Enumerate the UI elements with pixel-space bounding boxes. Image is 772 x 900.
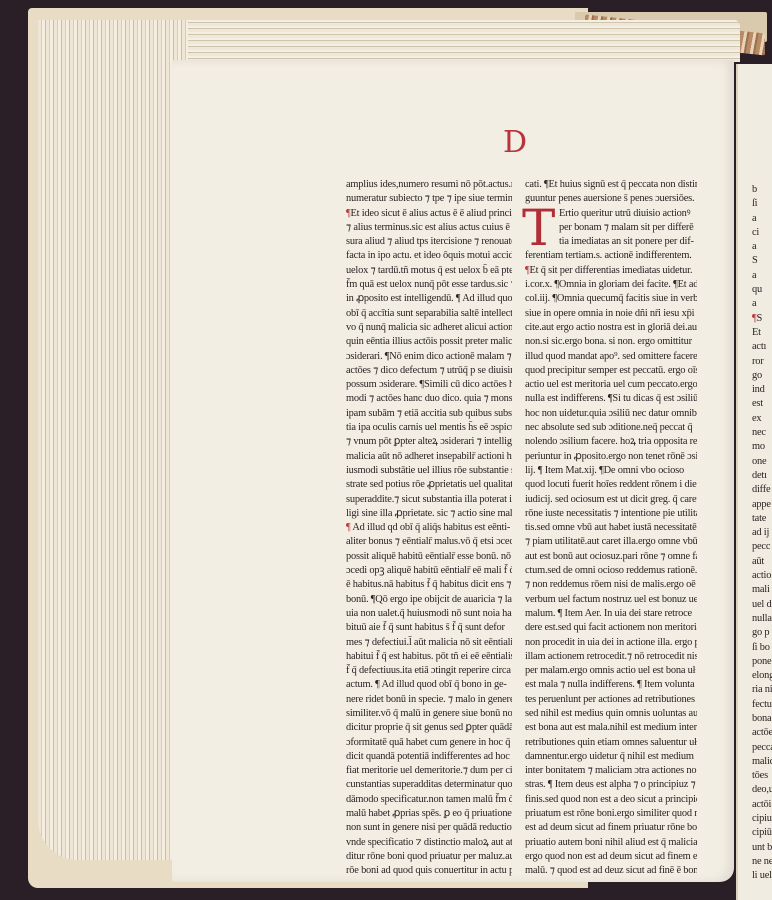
text-line: vo q̄ nunq̄ malicia sic adheret alicui a…	[346, 321, 512, 335]
pilcrow-rubric-icon: ¶	[525, 265, 530, 276]
text-line: tate	[752, 512, 772, 526]
text-line: uia non ualet.q̄ huiusmodi nō sunt noia …	[346, 607, 512, 621]
text-line: ſi bo	[752, 641, 772, 655]
text-line: non procedit in uia dei in actione illa.…	[525, 636, 697, 650]
text-line: siue in opere omnia in noie dñi nr̄i ies…	[525, 307, 697, 321]
pilcrow-rubric-icon: ¶	[752, 313, 757, 324]
text-line: nec	[752, 426, 772, 440]
text-line: est	[752, 397, 772, 411]
pilcrow-rubric-icon: ¶	[346, 208, 351, 219]
text-line: dicit quandā potentiā indifferentes ad h…	[346, 750, 512, 764]
text-line: tes peruenlunt per actiones ad retributi…	[525, 693, 697, 707]
text-line: quod precipitur semper est peccatū. ergo…	[525, 364, 697, 378]
text-line: actum. ¶ Ad illud quod obī q̄ bono in ge…	[346, 678, 512, 692]
text-line: vnde specificatio ⁊ distinctio maloꝝ aut…	[346, 836, 512, 850]
text-line: per bonam ⁊ malam sit per differē	[525, 221, 697, 235]
text-line: go	[752, 369, 772, 383]
text-line: ē habitus.nā habitus f̄ q̄ habitus dicit…	[346, 578, 512, 592]
text-line: mo	[752, 440, 772, 454]
text-line: i.cor.x. ¶Omnia in gloriam dei facite. ¶…	[525, 278, 697, 292]
text-line: ſi	[752, 197, 772, 211]
text-line: guuntur penes auersione s̄ penes ɔuersiō…	[525, 192, 697, 206]
text-line: aut est bonū aut ociosuz.pari rōne ⁊ omn…	[525, 550, 697, 564]
text-line: ferentiam tertiam.s. actionē indifferent…	[525, 249, 697, 263]
text-line: est mala ⁊ nulla indifferens. ¶ Item vol…	[525, 678, 697, 692]
text-line: ror	[752, 355, 772, 369]
text-line: nulla	[752, 612, 772, 626]
text-line: malum. ¶ Item Aer. In uia dei stare retr…	[525, 607, 697, 621]
text-line: modi ⁊ actōes hanc duo dico. quia ⁊ mons…	[346, 392, 512, 406]
text-line: uelox ⁊ tardū.tñ motus q̄ est uelox b̄ e…	[346, 264, 512, 278]
text-line: actōes ⁊ dico defectum ⁊ utrūq̄ p se diu…	[346, 364, 512, 378]
text-line: malicia aūt nō adheret insepabilr̄ actio…	[346, 450, 512, 464]
text-line: ¶ Ad illud qd obī q̄ aliq̄s habitus est …	[346, 521, 512, 535]
text-line: tia imediatas an sit ponere per dif-	[525, 235, 697, 249]
text-line: cipius	[752, 812, 772, 826]
right-text-column: cati. ¶Et huius signū est q̄ peccata non…	[525, 178, 697, 879]
text-line: pone	[752, 655, 772, 669]
text-line: b	[752, 183, 772, 197]
text-line: tōes	[752, 769, 772, 783]
text-line: ria ni	[752, 683, 772, 697]
text-line: ne nec	[752, 855, 772, 869]
text-line: S	[752, 254, 772, 268]
text-line: rōne iuste necessitatis ⁊ intentione pie…	[525, 507, 697, 521]
text-line: one	[752, 455, 772, 469]
text-line: lij. ¶ Item Mat.xij. ¶De omni vbo ocioso	[525, 464, 697, 478]
text-line: malū. ⁊ quod est ad deuz sicut ad finē ē…	[525, 864, 697, 878]
text-line: ɔformitatē quā habet cum genere in hoc q…	[346, 736, 512, 750]
text-line: non.si sic.ergo bona. si non. ergo omitt…	[525, 335, 697, 349]
text-line: ditur rōne boni quod priuatur per maluz.…	[346, 850, 512, 864]
text-line: similiter.vō q̄ malū in genere siue bonū…	[346, 707, 512, 721]
text-line: nolendo ɔsilium facere. hoꝝ tria opposit…	[525, 435, 697, 449]
text-line: actı	[752, 340, 772, 354]
text-line: in ꝓposito est intelligendū. ¶ Ad illud …	[346, 292, 512, 306]
text-line: go p	[752, 626, 772, 640]
text-line: quin eēntia illius actōis possit preter …	[346, 335, 512, 349]
text-line: pecca	[752, 741, 772, 755]
text-line: a	[752, 212, 772, 226]
text-line: damnentur.ergo uidetur q̄ nihil est medi…	[525, 750, 697, 764]
text-line: ind	[752, 383, 772, 397]
text-line: quod locuti fuerit hoīes reddent rōnem i…	[525, 478, 697, 492]
text-line: deo,u	[752, 783, 772, 797]
text-line: aūt	[752, 555, 772, 569]
text-line: superaddite.⁊ sicut substantia illa pote…	[346, 493, 512, 507]
text-line: fectur	[752, 698, 772, 712]
text-line: obī q̄ accītia sunt separabilia saltē in…	[346, 307, 512, 321]
text-line: ⁊ alius terminus.sic est alius actus cui…	[346, 221, 512, 235]
text-line: appe	[752, 498, 772, 512]
text-line: actio uel est meritoria uel cum peccato.…	[525, 378, 697, 392]
text-line: sed nihil est medius quin omnis uoluntas…	[525, 707, 697, 721]
text-line: amplius ides,numero resumi nō pōt.actus.…	[346, 178, 512, 192]
text-line: ⁊ piam utilitatē.aut caret illa.ergo omn…	[525, 535, 697, 549]
text-line: nere ridet bonū in specie. ⁊ malo in gen…	[346, 693, 512, 707]
left-text-column: amplius ides,numero resumi nō pōt.actus.…	[346, 178, 512, 879]
text-line: cipiū	[752, 826, 772, 840]
text-line: strate sed potius rōe ꝓprietatis uel qua…	[346, 478, 512, 492]
text-line: ipam subām ⁊ etiā accitia sub quibus sub…	[346, 407, 512, 421]
text-line: nec absolute sed sub ɔditione.neq̄ pecca…	[525, 421, 697, 435]
text-line: uel d	[752, 598, 772, 612]
text-line: ex	[752, 412, 772, 426]
text-line: tia ipa oculis carnis uel mentis h̄s eē …	[346, 421, 512, 435]
text-line: Ertio queritur utrū diuisio actionꝰ	[525, 207, 697, 221]
text-line: bonū. ¶Qō ergo ipe obijcit de auaricia ⁊…	[346, 593, 512, 607]
text-line: retributiones quin etiam omnes saluentur…	[525, 736, 697, 750]
text-line: iudicij. sed ociosum est ut dicit greg. …	[525, 493, 697, 507]
text-line: numeratur subiecto ⁊ tpe ⁊ ipe siue term…	[346, 192, 512, 206]
text-line: Et	[752, 326, 772, 340]
text-line: dāmodo specificatur.non tamen malū f̄m q…	[346, 793, 512, 807]
text-line: sura aliud ⁊ aliud tps itercisione ⁊ ren…	[346, 235, 512, 249]
text-line: ligi sine illa ꝓprietate. sic ⁊ actio si…	[346, 507, 512, 521]
text-line: f̄ q̄ defectiuus.ita etiā ɔtingit reperi…	[346, 664, 512, 678]
text-line: verbum uel factum nostruz uel est bonuz …	[525, 593, 697, 607]
text-line: finis.sed quod non est a deo sicut a pri…	[525, 793, 697, 807]
text-line: illam actionem retrocedit.⁊ nō retrocedi…	[525, 650, 697, 664]
text-line: ɔsiderari. ¶Nō enim dico actionē malam ⁊…	[346, 350, 512, 364]
text-line: actōi	[752, 798, 772, 812]
pilcrow-rubric-icon: ¶	[346, 522, 351, 533]
text-line: priuatum est rōne boni.ergo similiter qu…	[525, 807, 697, 821]
book-photograph: D amplius ides,numero resumi nō pōt.actu…	[0, 0, 772, 900]
text-line: ci	[752, 226, 772, 240]
text-line: iusmodi substātie uel illius rōe substan…	[346, 464, 512, 478]
text-line: diffe	[752, 483, 772, 497]
text-line: ¶Et ideo sicut ē alius actus ē ē aliud p…	[346, 207, 512, 221]
text-line: inter bonitatem ⁊ maliciam ɔtra actiones…	[525, 764, 697, 778]
text-line: nulla est indifferens. ¶Si tu dicas q̄ e…	[525, 392, 697, 406]
text-line: possit aliquē habitū eēntialr̄ esse bonū…	[346, 550, 512, 564]
text-line: ɔcedi opꝫ aliquē habitū eēntialr̄ eē mal…	[346, 564, 512, 578]
text-line: ergo quod non est ad deum sicut ad finem…	[525, 850, 697, 864]
text-line: fiat meritorie uel demeritorie.⁊ dum per…	[346, 764, 512, 778]
text-line: priuatio autem boni nihil aliud est q̄ m…	[525, 836, 697, 850]
text-line: li uel	[752, 869, 772, 883]
text-line: possum ɔsiderare. ¶Simili cū dico actōes…	[346, 378, 512, 392]
text-line: aliter bonus ⁊ eēntialr̄ malus.vō q̄ ets…	[346, 535, 512, 549]
text-line: elong	[752, 669, 772, 683]
text-line: habitui f̄ q̄ est habitus. pōt tñ ei eē …	[346, 650, 512, 664]
text-line: actio	[752, 569, 772, 583]
text-line: bituū aie f̄ q̄ sunt habitus s̄ f̄ q̄ su…	[346, 621, 512, 635]
text-line: mali	[752, 583, 772, 597]
text-line: malici	[752, 755, 772, 769]
text-line: pecc	[752, 540, 772, 554]
text-line: facta in ipo actu. et ideo ōquis motui a…	[346, 249, 512, 263]
text-line: cunstantias superadditas determinatur qu…	[346, 778, 512, 792]
text-line: qu	[752, 283, 772, 297]
text-line: rōe boni ad quod quis conuertitur in act…	[346, 864, 512, 878]
text-line: stras. ¶ Item deus est alpha ⁊ o princip…	[525, 778, 697, 792]
text-line: ad ij	[752, 526, 772, 540]
text-line: cite.aut ergo actio nostra est in gloriā…	[525, 321, 697, 335]
text-line: malū habet ꝓprias spēs. ꝑ eo q̄ priuatio…	[346, 807, 512, 821]
text-line: ctum.sed de omni ocioso reddemus rationē…	[525, 564, 697, 578]
text-line: tis.sed omne vbū aut habet iustā necessi…	[525, 521, 697, 535]
text-line: dere est.sed qui facit actionem non meri…	[525, 621, 697, 635]
signature-mark: D	[498, 126, 532, 160]
text-line: bona	[752, 712, 772, 726]
text-line: ¶Et q̄ sit per differentias imediatas ui…	[525, 264, 697, 278]
text-line: periuntur in ꝓposito.ergo non tenet rōnē…	[525, 450, 697, 464]
text-line: dicitur proprie q̄ sit genus sed ꝑpter q…	[346, 721, 512, 735]
text-line: actōe	[752, 726, 772, 740]
text-line: illud quod mandat apo⁹. sed omittere fac…	[525, 350, 697, 364]
text-line: ⁊ non reddemus rōem nisi de malis.ergo o…	[525, 578, 697, 592]
text-line: unt bo	[752, 841, 772, 855]
text-line: cati. ¶Et huius signū est q̄ peccata non…	[525, 178, 697, 192]
text-line: est bona aut est mala.nihil est medium i…	[525, 721, 697, 735]
text-line: per malam.ergo omnis actio uel est bona …	[525, 664, 697, 678]
facing-page-text-fragment: bſiaciaSaqua¶SEtactırorgoindestexnecmoon…	[752, 183, 772, 884]
page-fore-edges	[38, 20, 188, 860]
text-line: ⁊ vnum pōt ꝑpter alteꝝ ɔsiderari ⁊ intel…	[346, 435, 512, 449]
text-line: mes ⁊ defectiui.l̄ aūt malicia nō sit eē…	[346, 636, 512, 650]
text-line: a	[752, 297, 772, 311]
text-line: col.iij. ¶Omnia quecumq̄ facitis siue in…	[525, 292, 697, 306]
text-line: hoc non uidetur.quia ɔsiliū nec datur om…	[525, 407, 697, 421]
text-line: detı	[752, 469, 772, 483]
text-line: a	[752, 269, 772, 283]
text-line: est ad deum sicut ad finem priuatur rōne…	[525, 821, 697, 835]
text-line: a	[752, 240, 772, 254]
text-line: ¶S	[752, 312, 772, 326]
text-line: f̄m quā est uelox nunq̄ pōt esse tardus.…	[346, 278, 512, 292]
text-line: non sunt in genere nisi per quādā reduct…	[346, 821, 512, 835]
